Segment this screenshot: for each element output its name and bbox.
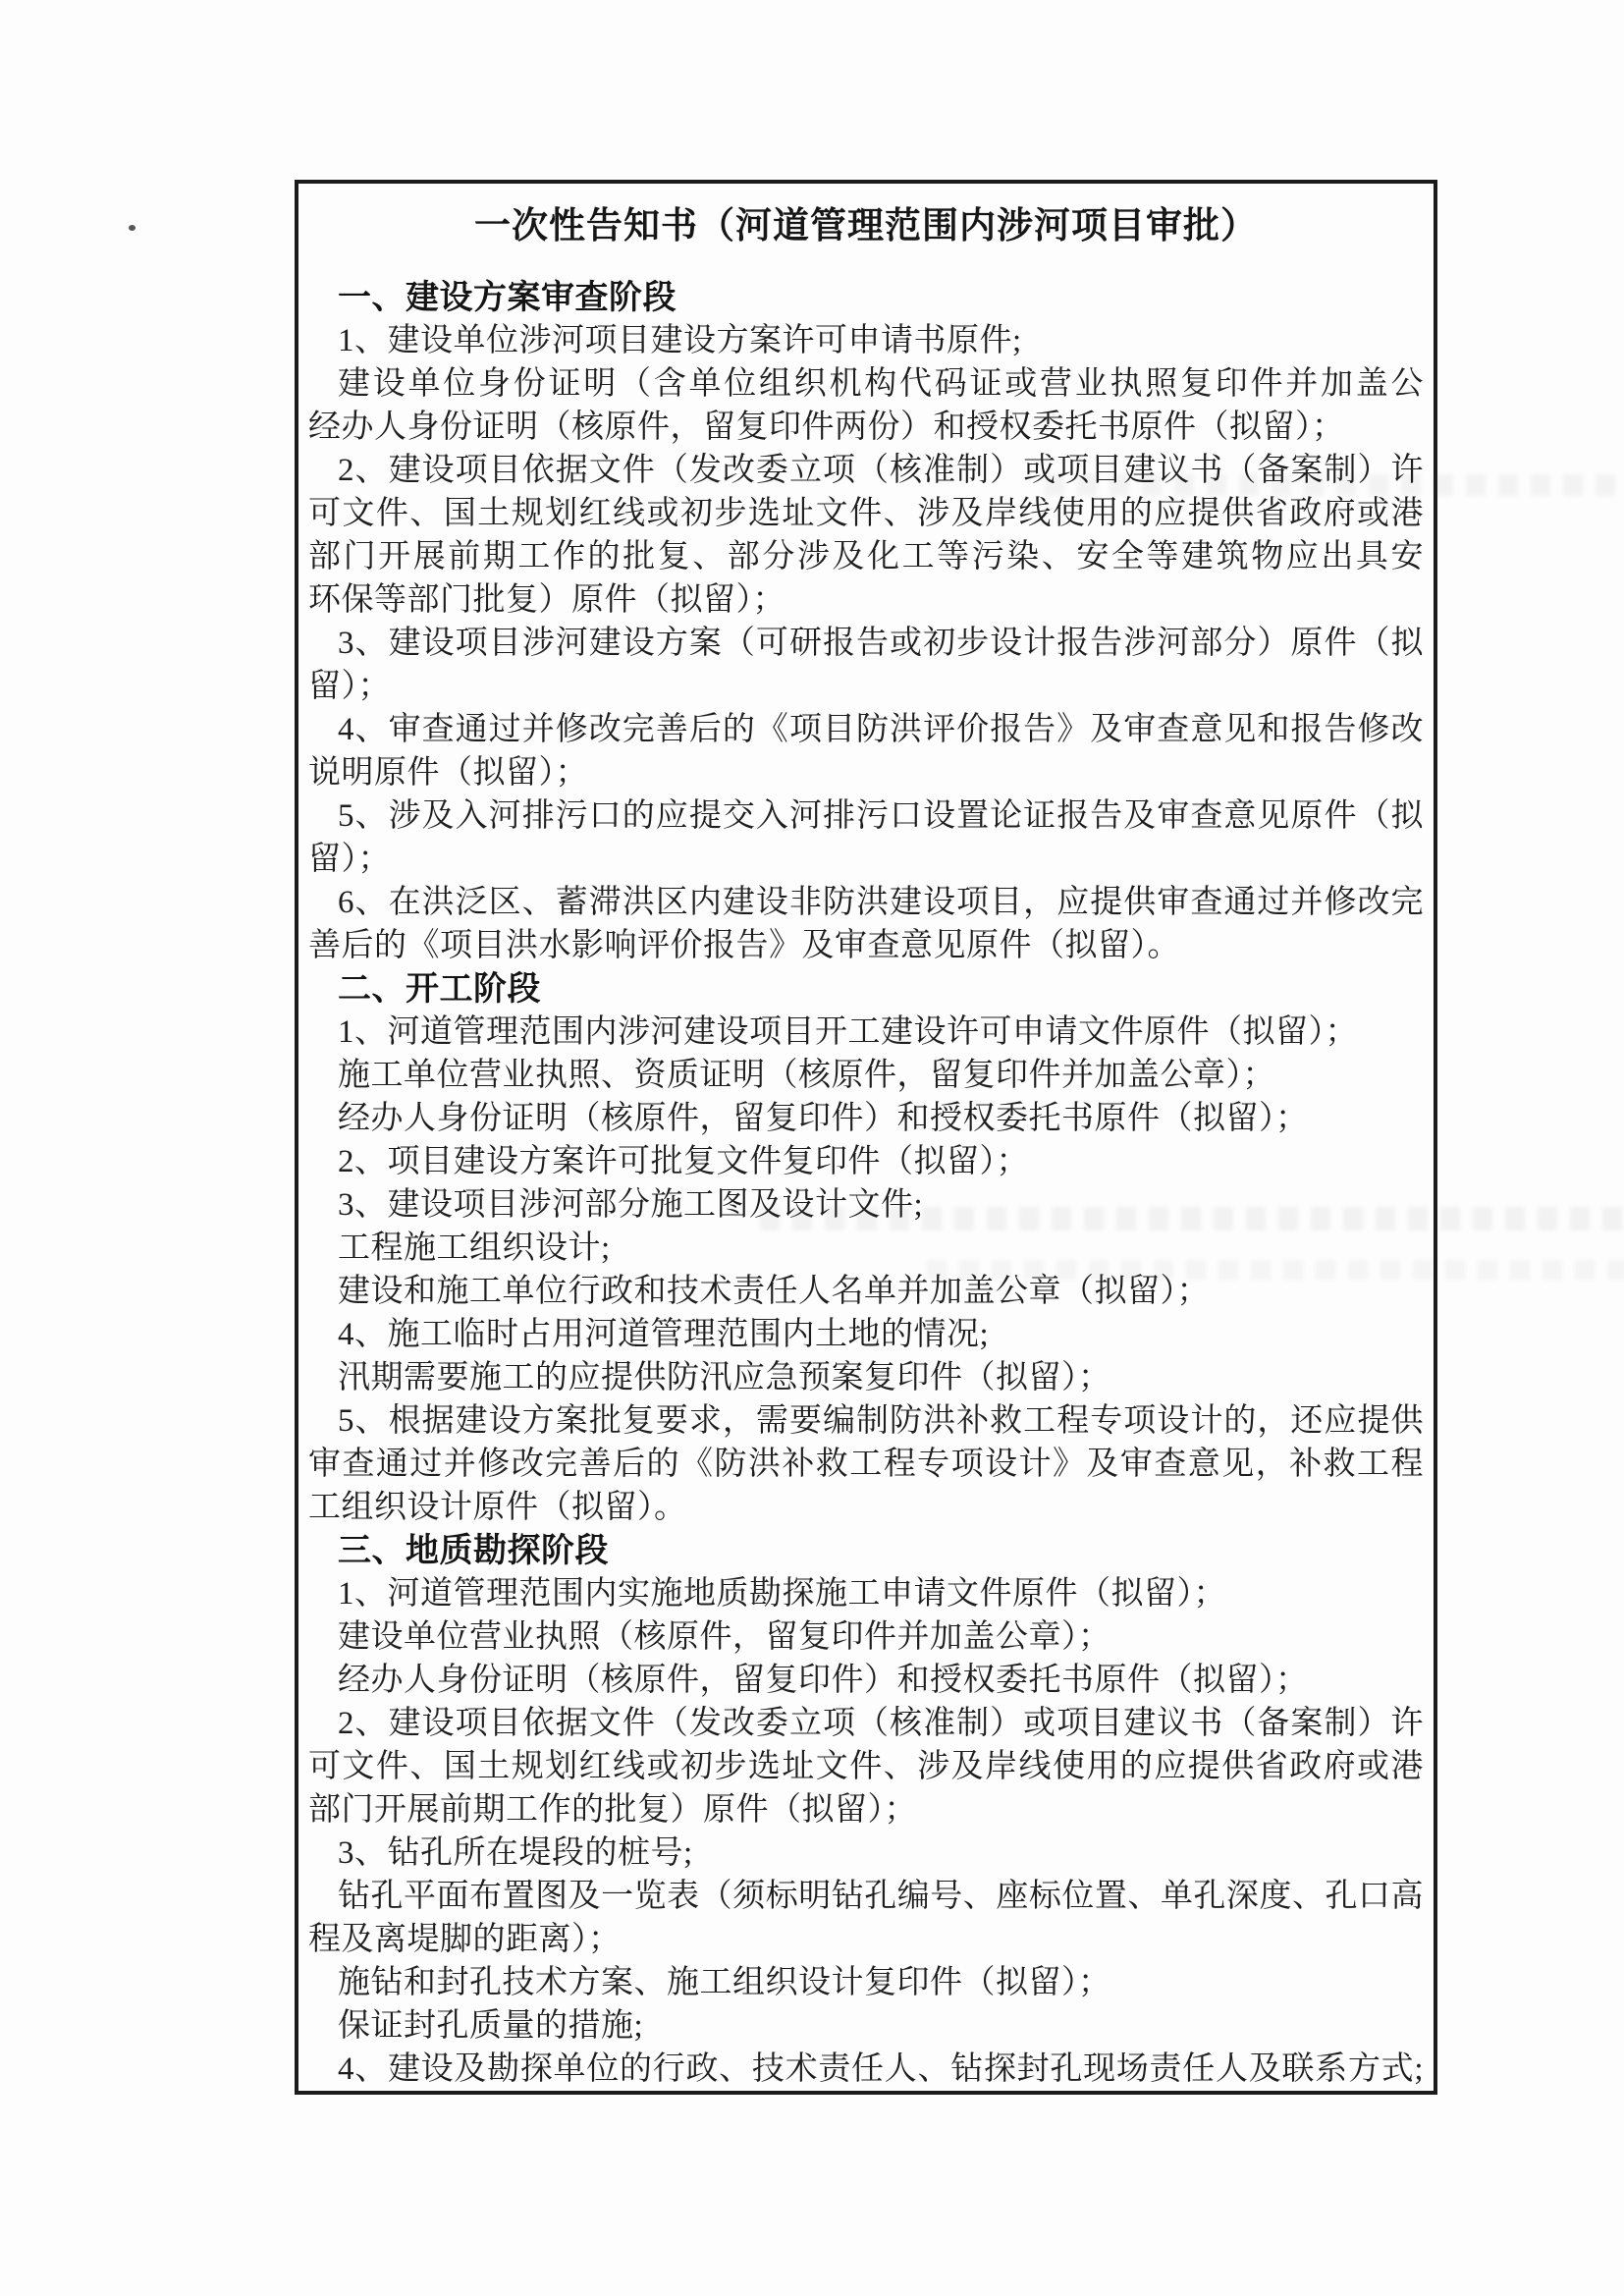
document-line: 可文件、国土规划红线或初步选址文件、涉及岸线使用的应提供省政府或港航 — [308, 492, 1424, 535]
document-line: 4、施工临时占用河道管理范围内土地的情况; — [308, 1313, 1424, 1356]
document-line: 3、钻孔所在堤段的桩号; — [308, 1831, 1424, 1875]
document-line: 4、审查通过并修改完善后的《项目防洪评价报告》及审查意见和报告修改 — [308, 708, 1424, 751]
document-line: 施工单位营业执照、资质证明（核原件，留复印件并加盖公章）； — [308, 1054, 1424, 1097]
document-line: 经办人身份证明（核原件，留复印件）和授权委托书原件（拟留）； — [308, 1097, 1424, 1140]
document-line: 程及离堤脚的距离）； — [308, 1918, 1424, 1961]
document-line: 工组织设计原件（拟留）。 — [308, 1486, 1424, 1529]
section-heading: 三、地质勘探阶段 — [308, 1529, 1424, 1572]
document-line: 建设单位身份证明（含单位组织机构代码证或营业执照复印件并加盖公章）、 — [308, 362, 1424, 406]
section-heading: 一、建设方案审查阶段 — [308, 276, 1424, 319]
document-line: 3、建设项目涉河部分施工图及设计文件; — [308, 1183, 1424, 1227]
document-line: 施钻和封孔技术方案、施工组织设计复印件（拟留）； — [308, 1961, 1424, 2004]
document-body: 一、建设方案审查阶段1、建设单位涉河项目建设方案许可申请书原件;建设单位身份证明… — [308, 276, 1424, 2091]
document-line: 部门开展前期工作的批复、部分涉及化工等污染、安全等建筑物应出具安全、 — [308, 535, 1424, 578]
document-line: 2、项目建设方案许可批复文件复印件（拟留）； — [308, 1140, 1424, 1183]
document-line: 审查通过并修改完善后的《防洪补救工程专项设计》及审查意见，补救工程施 — [308, 1443, 1424, 1486]
document-line: 留）； — [308, 838, 1424, 881]
document-line: 可文件、国土规划红线或初步选址文件、涉及岸线使用的应提供省政府或港航 — [308, 1745, 1424, 1788]
document-line: 经办人身份证明（核原件，留复印件两份）和授权委托书原件（拟留）； — [308, 406, 1424, 449]
scanned-page: { "document": { "title": "一次性告知书（河道管理范围内… — [0, 0, 1624, 2296]
document-frame: 一次性告知书（河道管理范围内涉河项目审批） 一、建设方案审查阶段1、建设单位涉河… — [295, 180, 1437, 2095]
document-line: 2、建设项目依据文件（发改委立项（核准制）或项目建议书（备案制）许 — [308, 1702, 1424, 1745]
document-line: 5、根据建设方案批复要求，需要编制防洪补救工程专项设计的，还应提供 — [308, 1399, 1424, 1443]
document-line: 2、建设项目依据文件（发改委立项（核准制）或项目建议书（备案制）许 — [308, 449, 1424, 492]
document-line: 环保等部门批复）原件（拟留）； — [308, 578, 1424, 622]
document-line: 钻孔平面布置图及一览表（须标明钻孔编号、座标位置、单孔深度、孔口高 — [308, 1875, 1424, 1918]
document-line: 3、建设项目涉河建设方案（可研报告或初步设计报告涉河部分）原件（拟 — [308, 622, 1424, 665]
document-line: 留）； — [308, 665, 1424, 708]
document-line: 建设和施工单位行政和技术责任人名单并加盖公章（拟留）； — [308, 1270, 1424, 1313]
scan-speck — [129, 225, 135, 231]
document-line: 经办人身份证明（核原件，留复印件）和授权委托书原件（拟留）； — [308, 1659, 1424, 1702]
document-line: 保证封孔质量的措施; — [308, 2004, 1424, 2048]
document-line: 说明原件（拟留）； — [308, 751, 1424, 794]
document-line: 1、建设单位涉河项目建设方案许可申请书原件; — [308, 319, 1424, 362]
document-title: 一次性告知书（河道管理范围内涉河项目审批） — [308, 201, 1424, 252]
document-line: 5、涉及入河排污口的应提交入河排污口设置论证报告及审查意见原件（拟 — [308, 794, 1424, 838]
document-line: 6、在洪泛区、蓄滞洪区内建设非防洪建设项目，应提供审查通过并修改完 — [308, 881, 1424, 924]
document-line: 部门开展前期工作的批复）原件（拟留）； — [308, 1788, 1424, 1831]
document-line: 工程施工组织设计; — [308, 1227, 1424, 1270]
document-line: 1、河道管理范围内涉河建设项目开工建设许可申请文件原件（拟留）； — [308, 1011, 1424, 1054]
document-line: 建设单位营业执照（核原件，留复印件并加盖公章）； — [308, 1615, 1424, 1659]
document-line: 汛期需要施工的应提供防汛应急预案复印件（拟留）； — [308, 1356, 1424, 1399]
document-line: 4、建设及勘探单位的行政、技术责任人、钻探封孔现场责任人及联系方式; — [308, 2048, 1424, 2091]
section-heading: 二、开工阶段 — [308, 967, 1424, 1011]
document-line: 1、河道管理范围内实施地质勘探施工申请文件原件（拟留）； — [308, 1572, 1424, 1615]
document-line: 善后的《项目洪水影响评价报告》及审查意见原件（拟留）。 — [308, 924, 1424, 967]
